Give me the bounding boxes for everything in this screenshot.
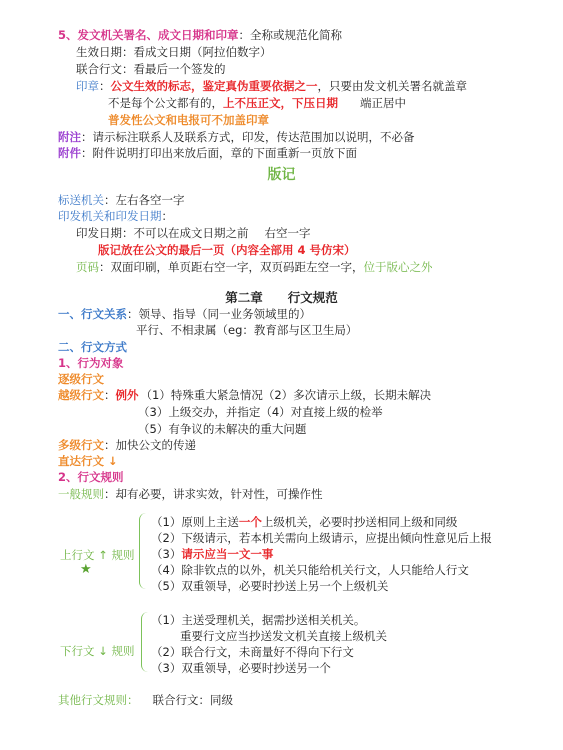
relations-line-1: 一、行文关系：领导、指导（同一业务领域里的） (58, 306, 311, 322)
skip-items-1: （1）特殊重大紧急情况（2）多次请示上级，长期未解决 (141, 388, 432, 402)
chapter-title: 第二章 行文规范 (0, 289, 563, 307)
seal-centered-text: 端正居中 (360, 96, 406, 110)
seal-line2-text: 不是每个公文都有的， (108, 96, 223, 110)
skip-line-1: 越级行文：例外（1）特殊重大紧急情况（2）多次请示上级，长期未解决 (58, 387, 431, 403)
upward-label: 上行文 ↑ 规则 (60, 547, 134, 563)
multi-label: 多级行文 (58, 438, 104, 452)
page-number-text: ：双面印刷，单页距右空一字，双页码距左空一字， (99, 260, 364, 274)
other-rules-label: 其他行文规则 (58, 693, 127, 707)
attachment-label: 附件 (58, 146, 81, 160)
seal-colon: ： (99, 79, 111, 93)
upward-item-1-prefix: （1）原则上主送 (151, 515, 239, 529)
seal-key-point: 公文生效的标志，鉴定真伪重要依据之一 (111, 79, 318, 93)
skip-line-2: （3）上级交办，并指定（4）对直接上级的检举 (138, 404, 383, 420)
cc-text: ：左右各空一字 (104, 193, 185, 207)
relations-text-1: ：领导、指导（同一业务领域里的） (127, 307, 311, 321)
skip-colon: ： (104, 388, 116, 402)
downward-item-3: （3）双重领导，必要时抄送另一个 (151, 660, 331, 676)
star-icon: ★ (80, 562, 92, 578)
issuer-line: 印发机关和印发日期： (58, 208, 173, 224)
target-heading: 1、行为对象 (58, 355, 124, 371)
downward-item-1-cont: 重要行文应当抄送发文机关直接上级机关 (180, 628, 387, 644)
joint-issue-line: 联合行文：看最后一个签发的 (76, 61, 226, 77)
downward-label: 下行文 ↓ 规则 (60, 643, 134, 659)
seal-exception-line: 普发性公文和电报可不加盖印章 (108, 112, 269, 128)
downward-item-1: （1）主送受理机关，据需抄送相关机关。 (151, 612, 365, 628)
seal-position-rule: 上不压正文，下压日期 (223, 96, 338, 110)
multi-level-line: 多级行文：加快公文的传递 (58, 437, 196, 453)
note-line: 附注：请示标注联系人及联系方式，印发，传达范围加以说明，不必备 (58, 129, 415, 145)
banji-last-page-rule: 版记放在公文的最后一页（内容全部用 4 号仿宋） (98, 242, 356, 258)
seal-label: 印章 (76, 79, 99, 93)
relations-line-2: 平行、不相隶属（eg：教育部与区卫生局） (136, 322, 357, 338)
issuer-label: 印发机关和印发日期 (58, 209, 162, 223)
section5-heading-line: 5、发文机关署名、成文日期和印章：全称或规范化简称 (58, 27, 342, 43)
banji-heading: 版记 (0, 165, 563, 185)
skip-exception: 例外 (116, 388, 139, 402)
note-text: ：请示标注联系人及联系方式，印发，传达范围加以说明，不必备 (81, 130, 415, 144)
other-rules-line: 其他行文规则：联合行文：同级 (58, 692, 233, 708)
upward-item-3-red: 请示应当一文一事 (181, 547, 273, 561)
upward-item-1-suffix: 上级机关，必要时抄送相同上级和同级 (262, 515, 458, 529)
other-rules-colon: ： (127, 693, 139, 707)
effective-date-line: 生效日期：看成文日期（阿拉伯数字） (76, 44, 272, 60)
cc-line: 标送机关：左右各空一字 (58, 192, 185, 208)
attachment-line: 附件：附件说明打印出来放后面，章的下面重新一页放下面 (58, 145, 357, 161)
skip-line-3: （5）有争议的未解决的重大问题 (138, 421, 306, 437)
stepwise-label: 逐级行文 (58, 371, 104, 387)
upward-item-1-red: 一个 (239, 515, 262, 529)
upward-item-4: （4）除非钦点的以外，机关只能给机关行文，人只能给人行文 (151, 562, 469, 578)
upward-item-5: （5）双重领导，必要时抄送上另一个上级机关 (151, 578, 388, 594)
relations-label: 一、行文关系 (58, 307, 127, 321)
issue-date-line: 印发日期：不可以在成文日期之前右空一字 (76, 225, 311, 241)
attachment-text: ：附件说明打印出来放后面，章的下面重新一页放下面 (81, 146, 357, 160)
general-text: ：却有必要，讲求实效，针对性，可操作性 (104, 487, 323, 501)
downward-item-2: （2）联合行文，未商量好不得向下行文 (151, 644, 354, 660)
section5-title: 5、发文机关署名、成文日期和印章 (58, 28, 239, 42)
downward-brace (141, 612, 148, 672)
other-rules-text: 联合行文：同级 (153, 693, 234, 707)
issue-date-right: 右空一字 (265, 226, 311, 240)
upward-brace (139, 513, 146, 589)
upward-item-1: （1）原则上主送一个上级机关，必要时抄送相同上级和同级 (151, 514, 457, 530)
seal-line-1: 印章：公文生效的标志，鉴定真伪重要依据之一，只要由发文机关署名就盖章 (76, 78, 467, 94)
upward-item-2: （2）下级请示，若本机关需向上级请示，应提出倾向性意见后上报 (151, 530, 492, 546)
general-rule-line: 一般规则：却有必要，讲求实效，针对性，可操作性 (58, 486, 323, 502)
cc-label: 标送机关 (58, 193, 104, 207)
skip-label: 越级行文 (58, 388, 104, 402)
multi-text: ：加快公文的传递 (104, 438, 196, 452)
general-label: 一般规则 (58, 487, 104, 501)
rules-heading: 2、行文规则 (58, 469, 124, 485)
direct-label: 直达行文 ↓ (58, 453, 118, 469)
page-number-line: 页码：双面印刷，单页距右空一字，双页码距左空一字，位于版心之外 (76, 259, 433, 275)
seal-rest: ，只要由发文机关署名就盖章 (318, 79, 468, 93)
upward-item-3: （3）请示应当一文一事 (151, 546, 273, 562)
upward-item-3-prefix: （3） (151, 547, 181, 561)
section5-title-suffix: ：全称或规范化简称 (239, 28, 343, 42)
methods-heading: 二、行文方式 (58, 339, 127, 355)
page-number-label: 页码 (76, 260, 99, 274)
issuer-colon: ： (162, 209, 174, 223)
note-label: 附注 (58, 130, 81, 144)
page-number-green: 位于版心之外 (364, 260, 433, 274)
issue-date-text: 印发日期：不可以在成文日期之前 (76, 226, 249, 240)
seal-line-2: 不是每个公文都有的，上不压正文，下压日期端正居中 (108, 95, 406, 111)
